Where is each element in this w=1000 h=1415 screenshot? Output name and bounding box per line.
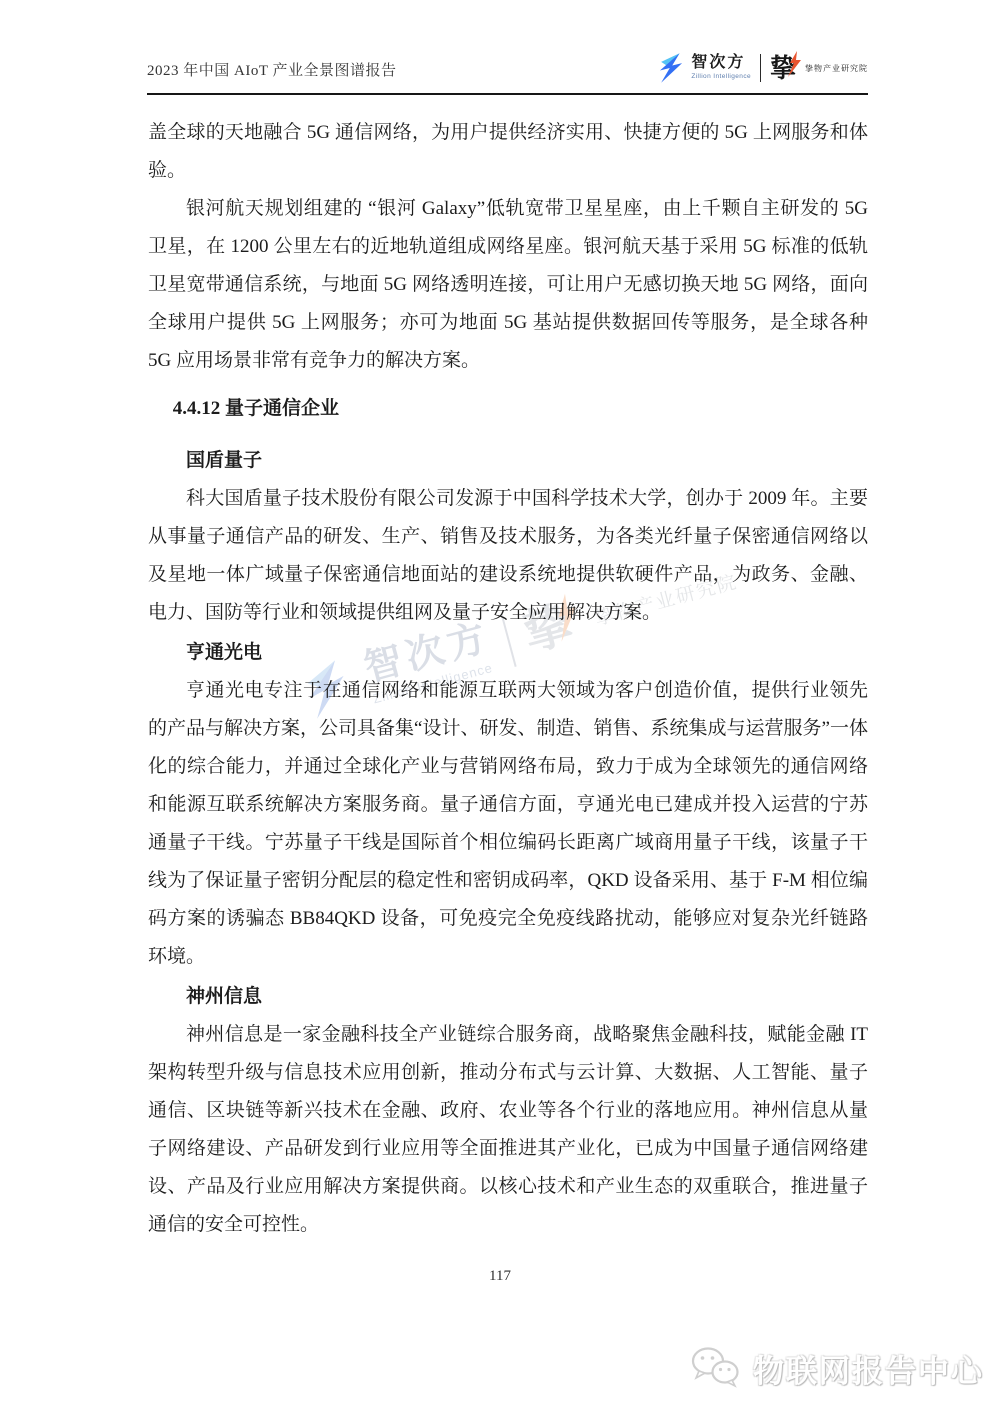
paragraph-galaxy-satellite: 银河航天规划组建的 “银河 Galaxy”低轨宽带卫星星座，由上千颗自主研发的 … bbox=[148, 190, 868, 380]
zhiwu-logo-glyph: 挚 bbox=[770, 55, 796, 81]
page-number: 117 bbox=[0, 1268, 1000, 1285]
company-description-shenzhou: 神州信息是一家金融科技全产业链综合服务商，战略聚焦金融科技，赋能金融 IT 架构… bbox=[148, 1016, 868, 1244]
wechat-channel-label: 物联网报告中心 bbox=[753, 1346, 984, 1391]
company-description-guodun: 科大国盾量子技术股份有限公司发源于中国科学技术大学，创办于 2009 年。主要从… bbox=[148, 480, 868, 632]
company-name-hengtong: 亨通光电 bbox=[148, 634, 868, 672]
report-title: 2023 年中国 AIoT 产业全景图谱报告 bbox=[147, 62, 396, 84]
lightning-bolt-icon bbox=[787, 51, 803, 77]
section-heading-4-4-12: 4.4.12 量子通信企业 bbox=[148, 390, 868, 428]
zhiwu-logo-subtitle: 挚物产业研究院 bbox=[805, 63, 868, 74]
company-name-shenzhou: 神州信息 bbox=[148, 978, 868, 1016]
zhicifang-logo-subtitle: Zillion Intelligence bbox=[691, 74, 751, 81]
zhicifang-logo: 智次方 Zillion Intelligence bbox=[656, 52, 751, 84]
wechat-channel-branding: 物联网报告中心 bbox=[689, 1345, 984, 1391]
zhiwu-logo: 挚 挚物产业研究院 bbox=[770, 55, 868, 81]
logo-divider bbox=[760, 54, 761, 82]
document-page: 2023 年中国 AIoT 产业全景图谱报告 智次方 Zillion Intel… bbox=[0, 0, 1000, 1415]
wechat-icon bbox=[689, 1345, 743, 1391]
page-header: 2023 年中国 AIoT 产业全景图谱报告 智次方 Zillion Intel… bbox=[147, 52, 868, 95]
company-name-guodun: 国盾量子 bbox=[148, 442, 868, 480]
document-body: 盖全球的天地融合 5G 通信网络，为用户提供经济实用、快捷方便的 5G 上网服务… bbox=[148, 114, 868, 1244]
paragraph-5g-conclusion: 盖全球的天地融合 5G 通信网络，为用户提供经济实用、快捷方便的 5G 上网服务… bbox=[148, 114, 868, 190]
company-description-hengtong: 亨通光电专注于在通信网络和能源互联两大领域为客户创造价值，提供行业领先的产品与解… bbox=[148, 672, 868, 976]
publisher-logos: 智次方 Zillion Intelligence 挚 挚物产业研究院 bbox=[656, 52, 868, 84]
lightning-z-icon bbox=[656, 52, 686, 84]
zhicifang-logo-name: 智次方 bbox=[691, 55, 751, 71]
